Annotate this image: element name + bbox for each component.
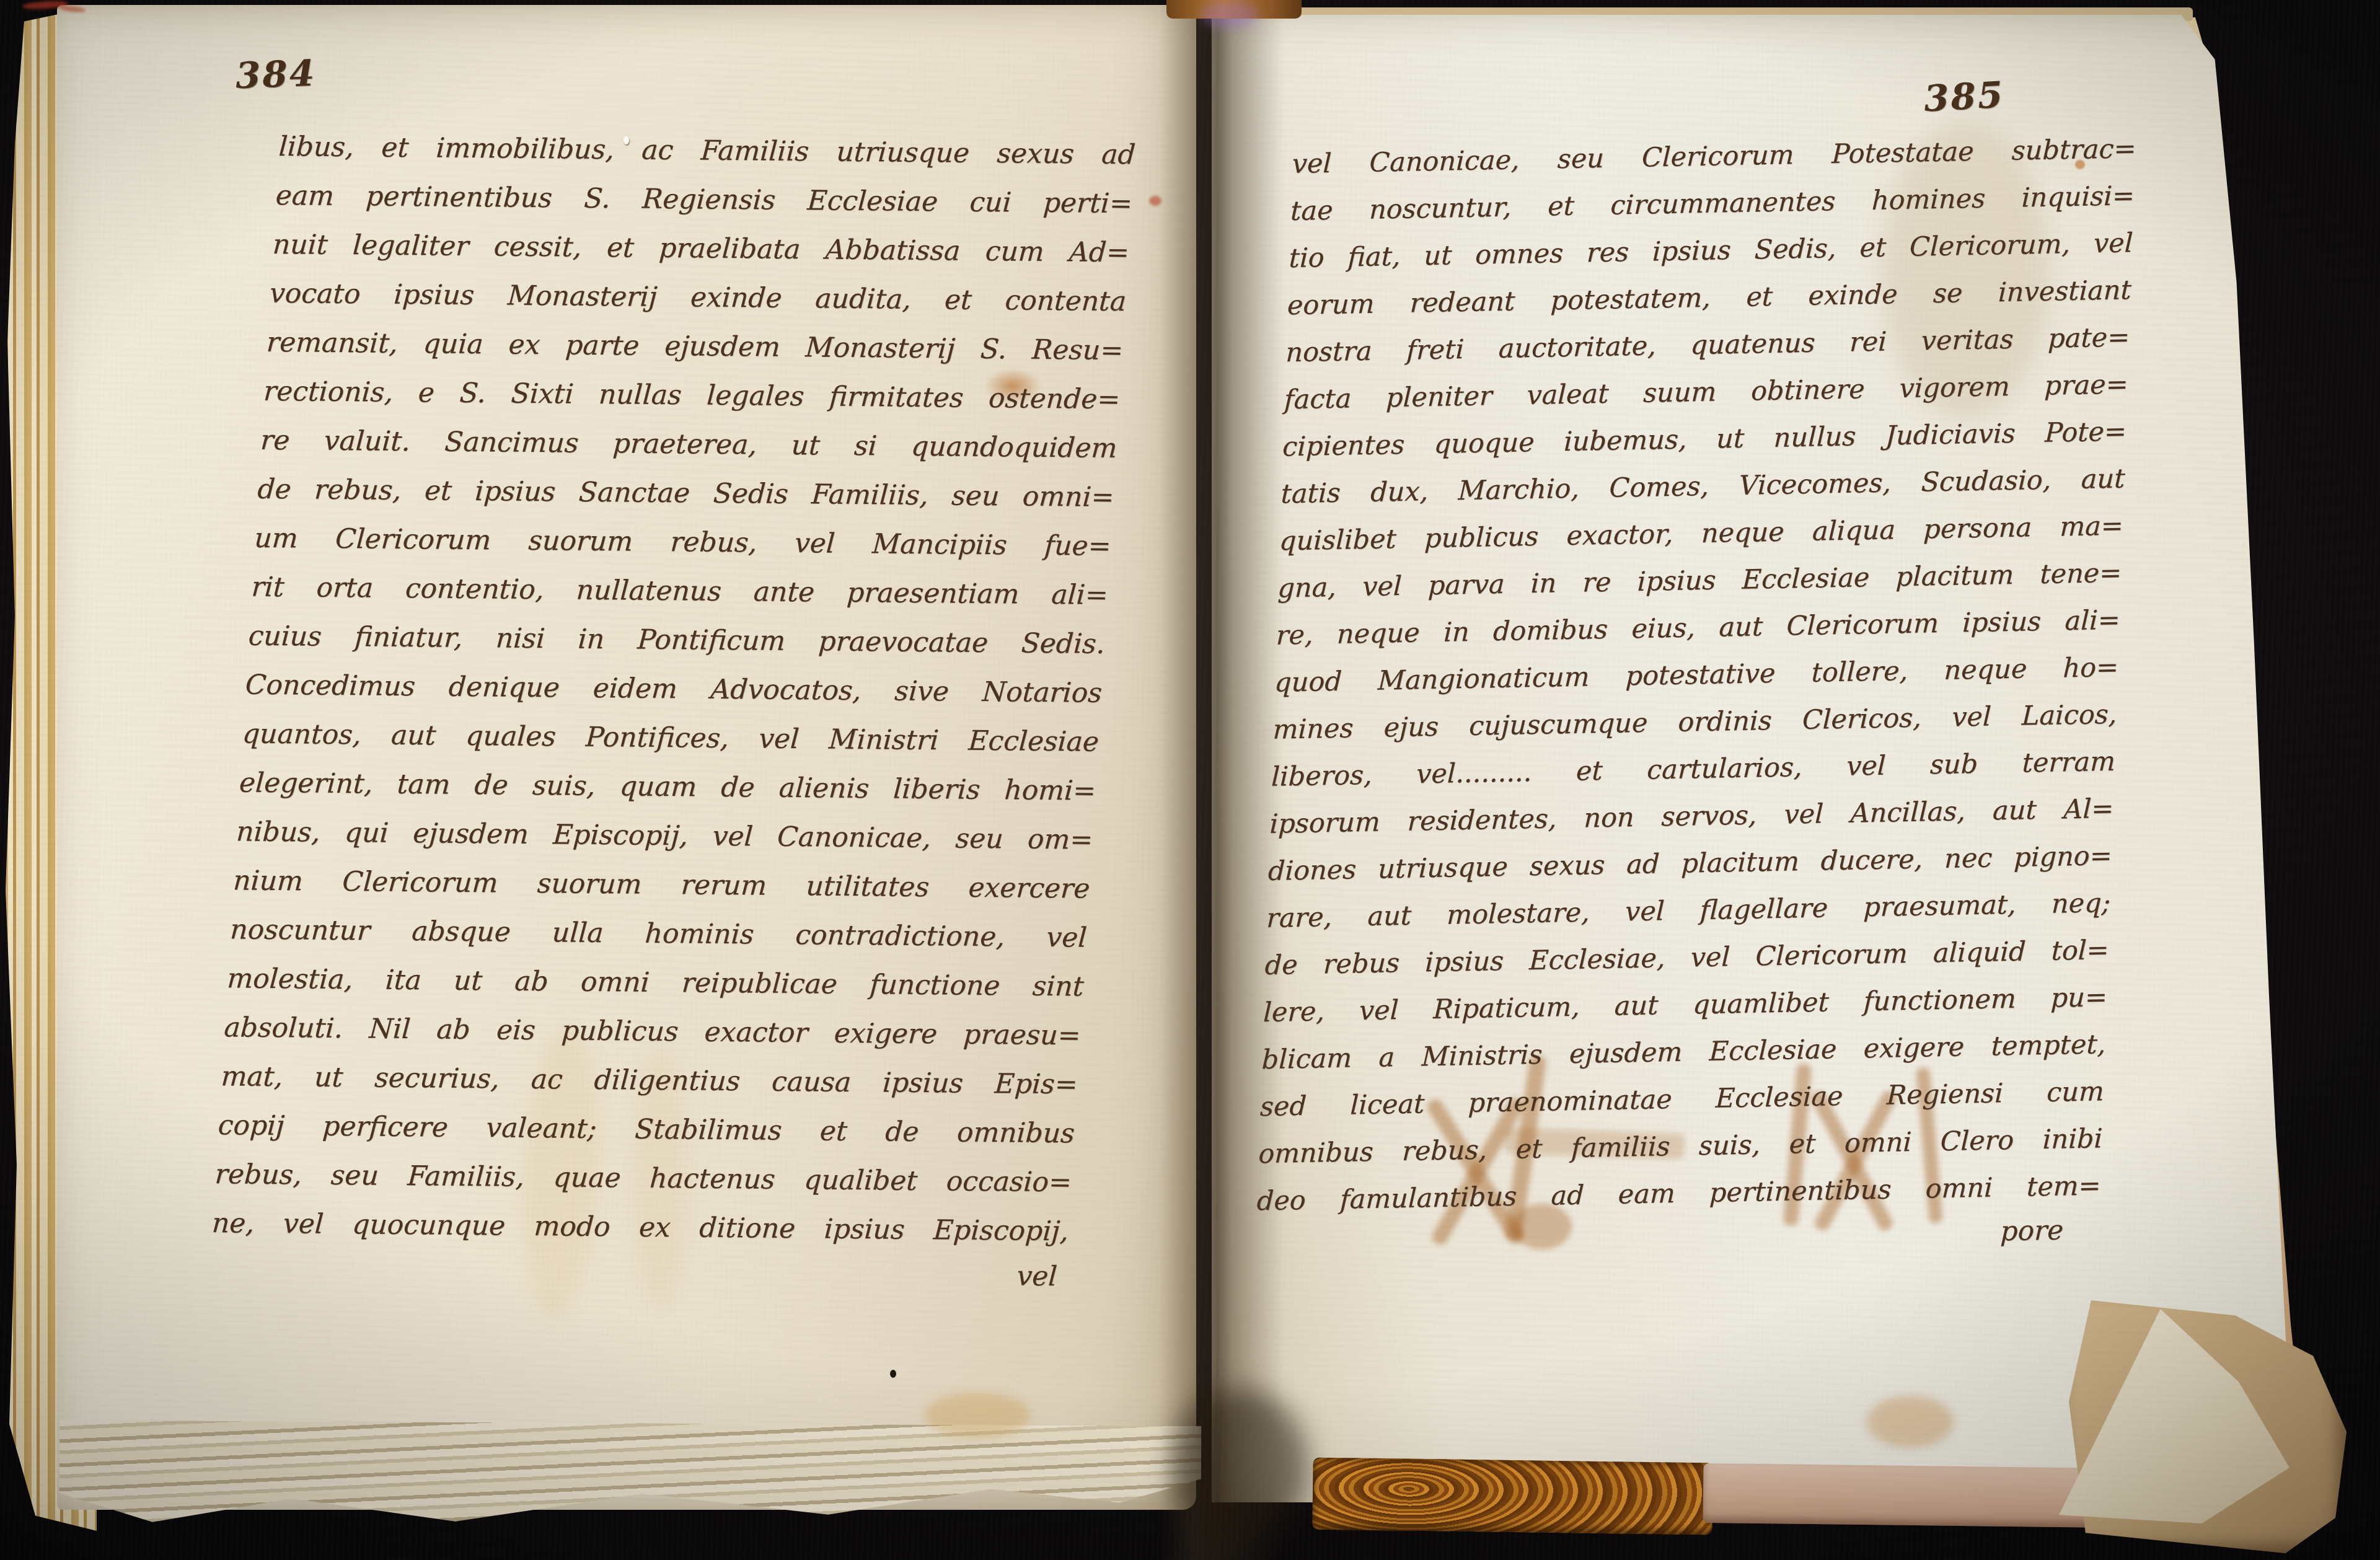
manuscript-line: cuius finiatur, nisi in Pontificum praev… — [247, 615, 1106, 672]
manuscript-line: rectionis, e S. Sixti nullas legales fir… — [262, 370, 1122, 427]
photo-background: 384 385 vel libus, et immobilibus, ac Fa… — [0, 0, 2380, 1560]
manuscript-line: um Clericorum suorum rebus, vel Mancipii… — [253, 517, 1113, 574]
manuscript-line: eam pertinentibus S. Regiensis Ecclesiae… — [274, 174, 1134, 231]
page-number-left: 384 — [235, 52, 317, 97]
left-page-bottom-edges — [36, 1420, 1202, 1536]
manuscript-line: nibus, qui ejusdem Episcopij, vel Canoni… — [235, 810, 1095, 867]
marbled-board-strip — [1312, 1458, 1713, 1535]
gutter-bottom-shadow — [1171, 1388, 1308, 1543]
manuscript-line: ne, vel quocunque modo ex ditione ipsius… — [210, 1202, 1070, 1259]
gutter-shadow — [1160, 0, 1284, 1560]
manuscript-line: remansit, quia ex parte ejusdem Monaster… — [265, 321, 1125, 378]
manuscript-line: elegerint, tam de suis, quam de alienis … — [237, 761, 1097, 818]
red-speck — [1149, 196, 1161, 206]
left-page-catchword: vel — [1016, 1261, 1058, 1293]
manuscript-line: rit orta contentio, nullatenus ante prae… — [250, 566, 1109, 623]
manuscript-line: noscuntur absque ulla hominis contradict… — [229, 908, 1088, 965]
page-number-right: 385 — [1923, 74, 2005, 120]
manuscript-line: vocato ipsius Monasterij exinde audita, … — [268, 272, 1127, 329]
right-page-catchword: pore — [2000, 1214, 2064, 1247]
manuscript-line: rebus, seu Familiis, quae hactenus quali… — [213, 1153, 1073, 1210]
left-page-text: vel libus, et immobilibus, ac Familiis u… — [210, 125, 1137, 1259]
dark-speck — [890, 1370, 896, 1378]
manuscript-line: molestia, ita ut ab omni reipublicae fun… — [226, 957, 1085, 1014]
manuscript-line: libus, et immobilibus, ac Familiis utriu… — [277, 125, 1137, 182]
manuscript-line: copij perficere valeant; Stabilimus et d… — [216, 1104, 1076, 1161]
manuscript-line: nium Clericorum suorum rerum utilitates … — [232, 859, 1091, 916]
manuscript-line: Concedimus denique eidem Advocatos, sive… — [244, 664, 1103, 721]
manuscript-line: re valuit. Sancimus praeterea, ut si qua… — [259, 419, 1119, 476]
manuscript-line: de rebus, et ipsius Sanctae Sedis Famili… — [256, 468, 1116, 525]
orange-stain — [925, 1392, 1030, 1438]
purple-smudge — [1201, 0, 1258, 29]
manuscript-line: absoluti. Nil ab eis publicus exactor ex… — [223, 1006, 1082, 1063]
right-page-text: pore vel Canonicae, seu Clericorum Potes… — [1256, 127, 2136, 1227]
orange-stain — [1867, 1396, 1954, 1448]
manuscript-line: quantos, aut quales Pontifices, vel Mini… — [240, 712, 1100, 769]
manuscript-line: mat, ut securius, ac diligentius causa i… — [219, 1055, 1079, 1112]
manuscript-line: nuit legaliter cessit, et praelibata Abb… — [271, 223, 1130, 280]
